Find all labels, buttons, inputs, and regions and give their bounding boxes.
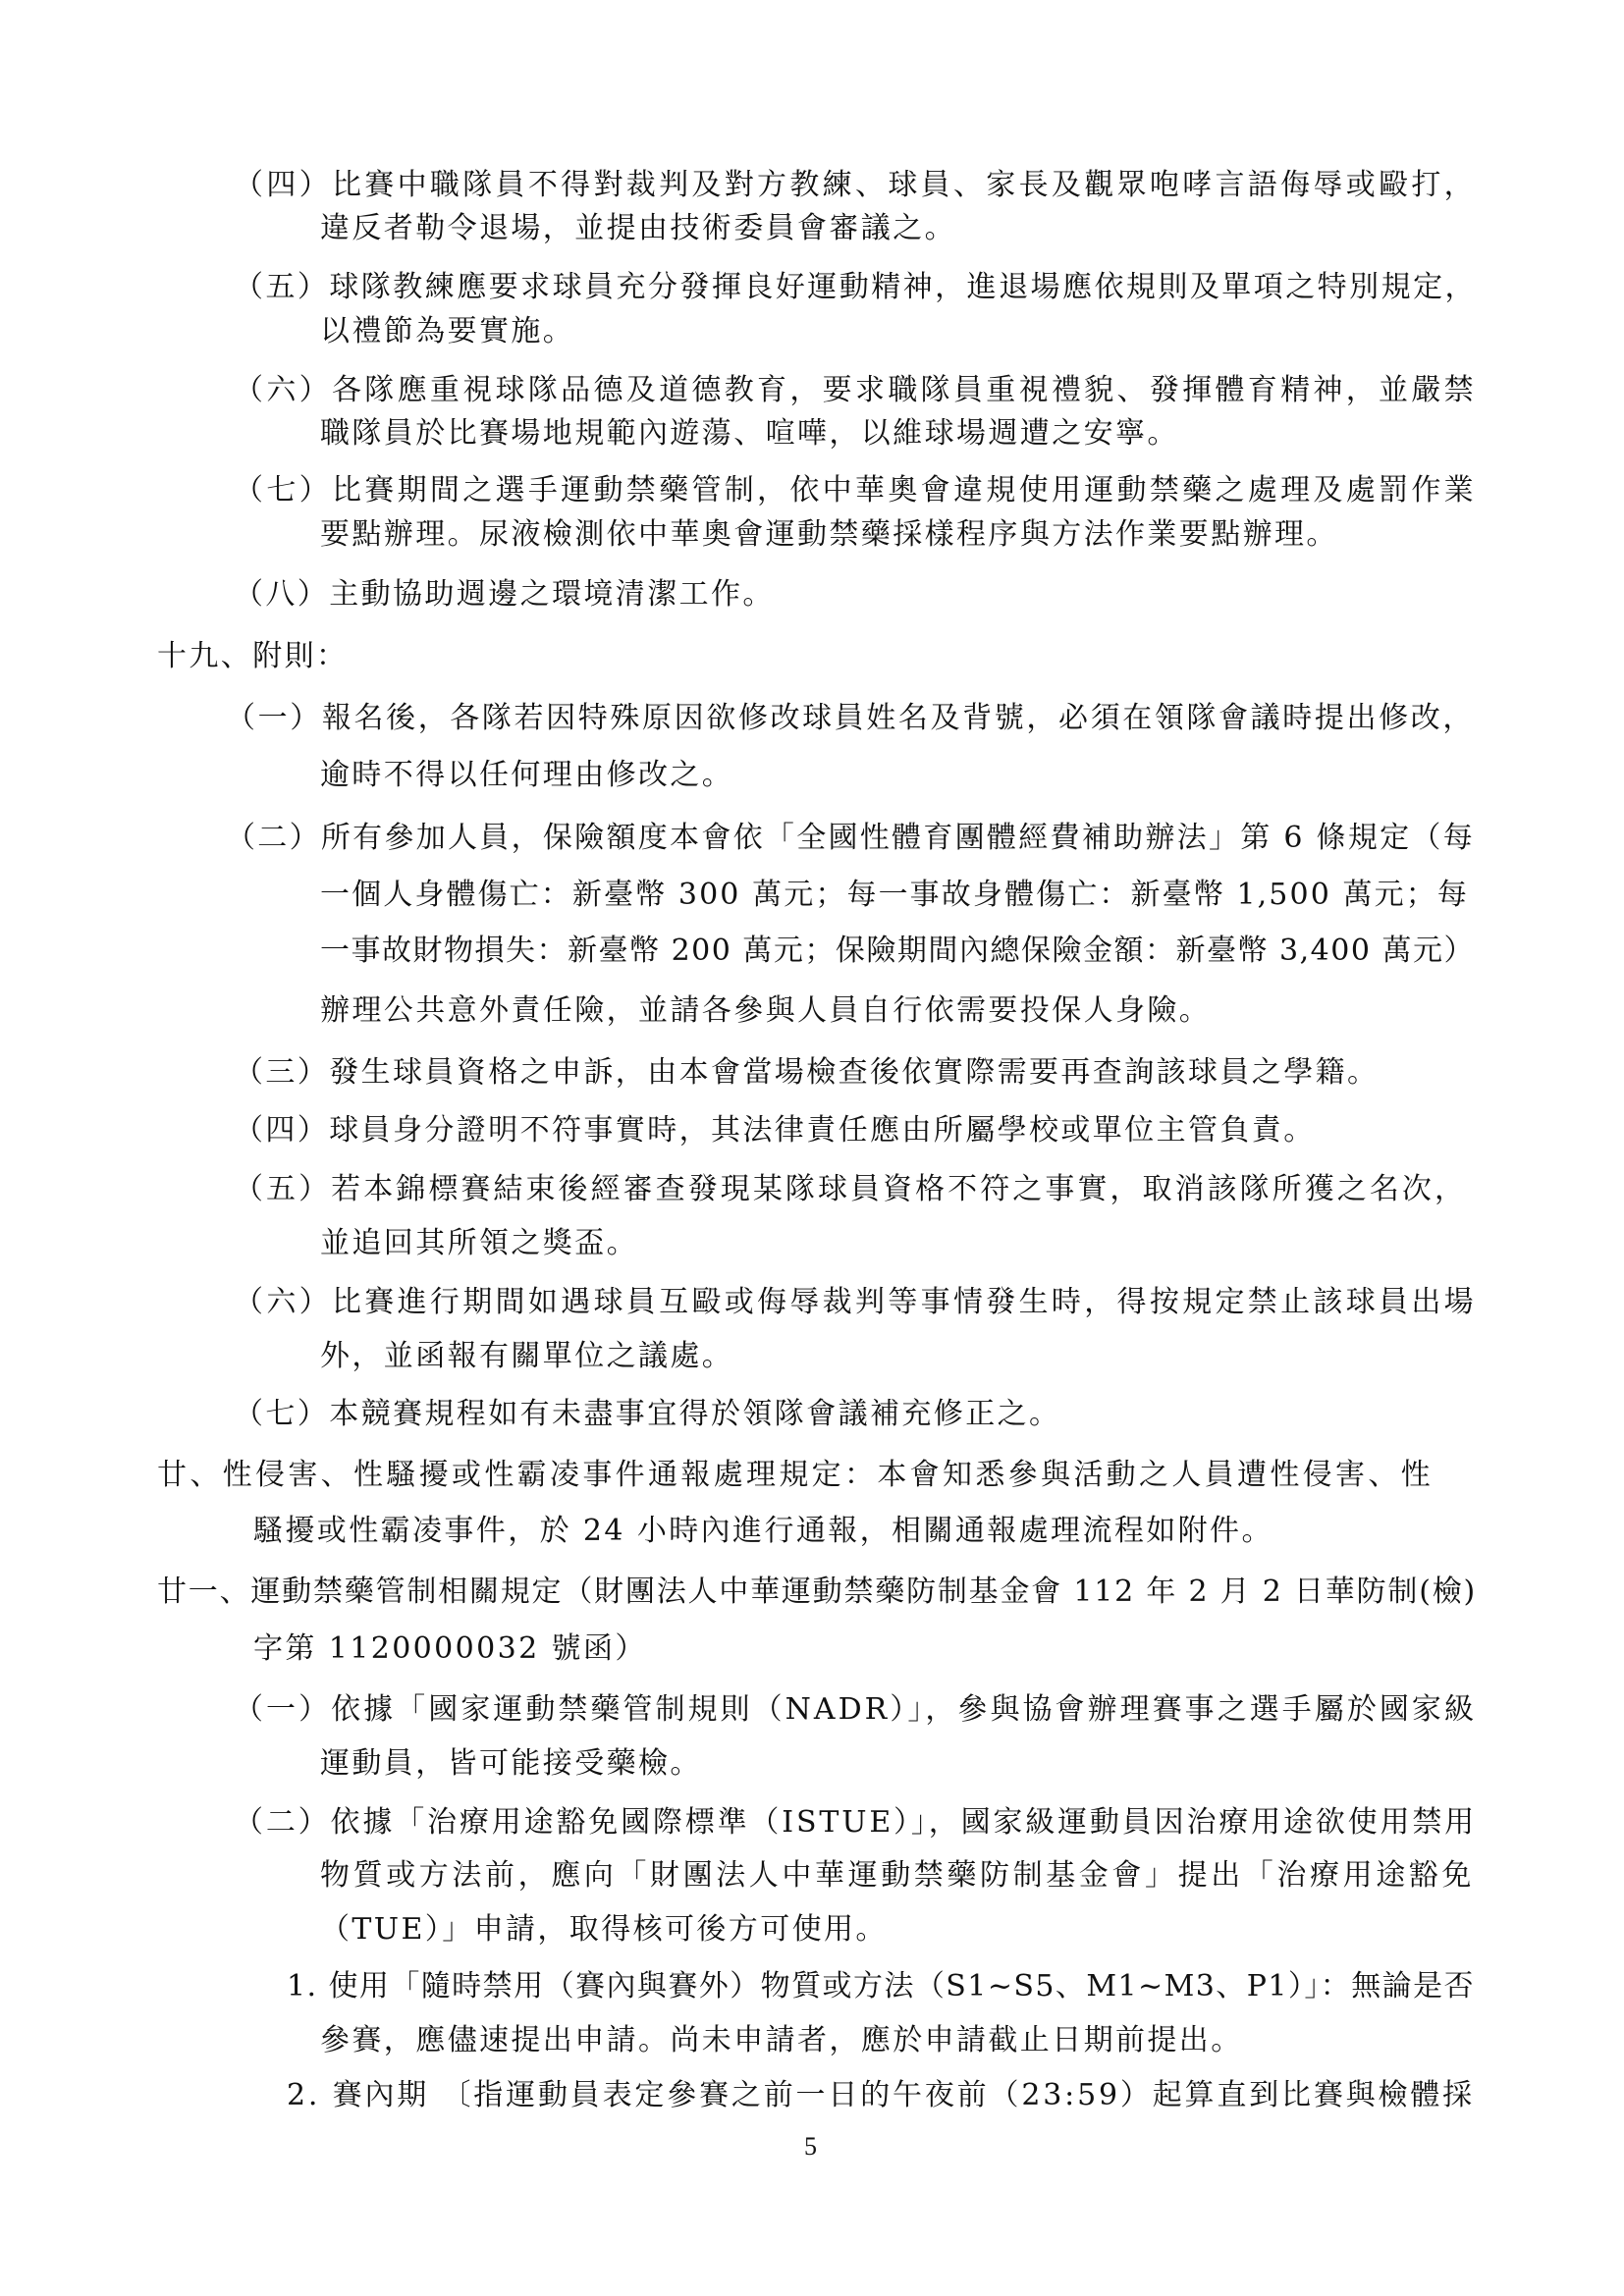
text-line: （TUE）」申請，取得核可後方可使用。: [320, 1912, 888, 1948]
text-line: 職隊員於比賽場地規範內遊蕩、喧嘩，以維球場週遭之安寧。: [320, 416, 1179, 452]
text-line: 運動員，皆可能接受藥檢。: [320, 1746, 702, 1782]
text-line: （八）主動協助週邊之環境清潔工作。: [234, 577, 775, 613]
text-line: 違反者勒令退場，並提由技術委員會審議之。: [320, 211, 956, 246]
text-line: 外，並函報有關單位之議處。: [320, 1339, 733, 1374]
text-line: （一）報名後，各隊若因特殊原因欲修改球員姓名及背號，必須在領隊會議時提出修改，: [226, 701, 1475, 736]
text-line: 以禮節為要實施。: [320, 314, 574, 349]
text-line: 參賽，應儘速提出申請。尚未申請者，應於申請截止日期前提出。: [320, 2023, 1243, 2058]
text-line: 並追回其所領之獎盃。: [320, 1226, 638, 1261]
text-line: （四）球員身分證明不符事實時，其法律責任應由所屬學校或單位主管負責。: [234, 1113, 1316, 1148]
text-line: （三）發生球員資格之申訴，由本會當場檢查後依實際需要再查詢該球員之學籍。: [234, 1055, 1379, 1091]
page-number: 5: [804, 2132, 817, 2162]
text-line: 逾時不得以任何理由修改之。: [320, 758, 733, 793]
text-line: （五）球隊教練應要求球員充分發揮良好運動精神，進退場應依規則及單項之特別規定，: [234, 270, 1477, 305]
text-line: 要點辦理。尿液檢測依中華奧會運動禁藥採樣程序與方法作業要點辦理。: [320, 517, 1338, 553]
text-line: 廿、性侵害、性騷擾或性霸凌事件通報處理規定：本會知悉參與活動之人員遭性侵害、性: [157, 1458, 1434, 1493]
text-line: （五）若本錦標賽結束後經審查發現某隊球員資格不符之事實，取消該隊所獲之名次，: [234, 1172, 1467, 1207]
text-line: 1. 使用「隨時禁用（賽內與賽外）物質或方法（S1~S5、M1~M3、P1）」：…: [287, 1969, 1475, 2004]
text-line: （一）依據「國家運動禁藥管制規則（NADR）」，參與協會辦理賽事之選手屬於國家級: [234, 1692, 1477, 1728]
text-line: 物質或方法前，應向「財團法人中華運動禁藥防制基金會」提出「治療用途豁免: [320, 1858, 1475, 1894]
text-line: （六）比賽進行期間如遇球員互毆或侮辱裁判等事情發生時，得按規定禁止該球員出場: [234, 1285, 1477, 1320]
text-line: （二）所有參加人員，保險額度本會依「全國性體育團體經費補助辦法」第 6 條規定（…: [226, 821, 1475, 856]
text-line: （四）比賽中職隊員不得對裁判及對方教練、球員、家長及觀眾咆哮言語侮辱或毆打，: [234, 168, 1477, 203]
text-line: （六）各隊應重視球隊品德及道德教育，要求職隊員重視禮貌、發揮體育精神，並嚴禁: [234, 373, 1477, 408]
text-line: 一個人身體傷亡：新臺幣 300 萬元；每一事故身體傷亡：新臺幣 1,500 萬元…: [320, 878, 1469, 913]
text-line: 2. 賽內期 〔指運動員表定參賽之前一日的午夜前（23:59）起算直到比賽與檢體…: [287, 2078, 1475, 2113]
text-line: （七）本競賽規程如有未盡事宜得於領隊會議補充修正之。: [234, 1397, 1060, 1432]
text-line: 一事故財物損失：新臺幣 200 萬元；保險期間內總保險金額：新臺幣 3,400 …: [320, 934, 1475, 969]
text-line: 十九、附則：: [157, 639, 348, 674]
text-line: 廿一、運動禁藥管制相關規定（財團法人中華運動禁藥防制基金會 112 年 2 月 …: [157, 1575, 1477, 1610]
text-line: 字第 1120000032 號函）: [253, 1631, 647, 1667]
text-line: 辦理公共意外責任險，並請各參與人員自行依需要投保人身險。: [320, 993, 1211, 1029]
text-line: （二）依據「治療用途豁免國際標準（ISTUE）」，國家級運動員因治療用途欲使用禁…: [234, 1805, 1477, 1841]
text-line: （七）比賽期間之選手運動禁藥管制，依中華奧會違規使用運動禁藥之處理及處罰作業: [234, 473, 1477, 508]
text-line: 騷擾或性霸凌事件，於 24 小時內進行通報，相關通報處理流程如附件。: [253, 1514, 1273, 1549]
